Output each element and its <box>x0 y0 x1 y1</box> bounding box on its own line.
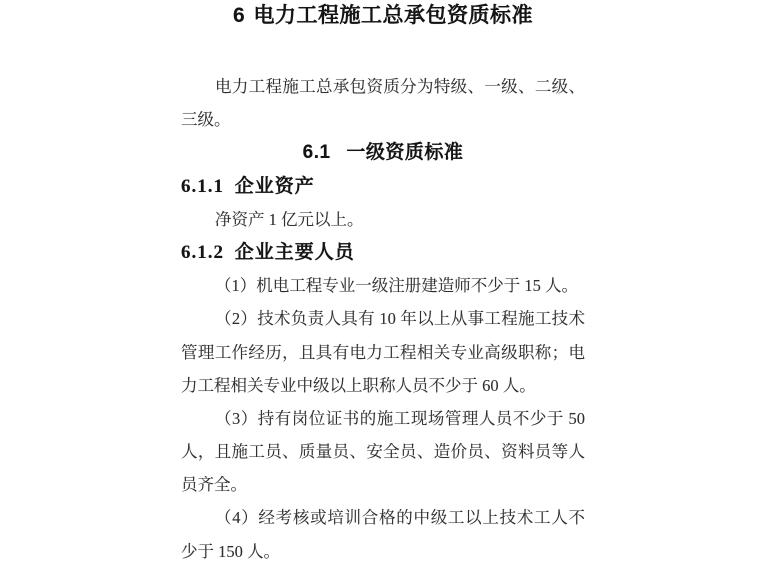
text-line: （3）持有岗位证书的施工现场管理人员不少于 50 <box>181 402 585 435</box>
text-line: （2）技术负责人具有 10 年以上从事工程施工技术 <box>181 302 585 335</box>
text-line: 管理工作经历，且具有电力工程相关专业高级职称；电 <box>181 336 585 369</box>
document-body: 电力工程施工总承包资质分为特级、一级、二级、三级。6.1 一级资质标准6.1.1… <box>181 70 585 568</box>
text-line: 三级。 <box>181 103 585 136</box>
text-line: 净资产 1 亿元以上。 <box>181 203 585 236</box>
text-line: （1）机电工程专业一级注册建造师不少于 15 人。 <box>181 269 585 302</box>
section-heading: 6.1 一级资质标准 <box>181 136 585 169</box>
text-line: 人，且施工员、质量员、安全员、造价员、资料员等人 <box>181 435 585 468</box>
text-line: 员齐全。 <box>181 468 585 501</box>
document-title: 6 电力工程施工总承包资质标准 <box>181 3 585 29</box>
section-heading: 6.1.1 企业资产 <box>181 170 585 203</box>
text-line: 少于 150 人。 <box>181 535 585 568</box>
section-heading: 6.1.2 企业主要人员 <box>181 236 585 269</box>
document-page: 6 电力工程施工总承包资质标准 电力工程施工总承包资质分为特级、一级、二级、三级… <box>0 0 760 570</box>
text-line: （4）经考核或培训合格的中级工以上技术工人不 <box>181 501 585 534</box>
text-line: 电力工程施工总承包资质分为特级、一级、二级、 <box>181 70 585 103</box>
text-line: 力工程相关专业中级以上职称人员不少于 60 人。 <box>181 369 585 402</box>
